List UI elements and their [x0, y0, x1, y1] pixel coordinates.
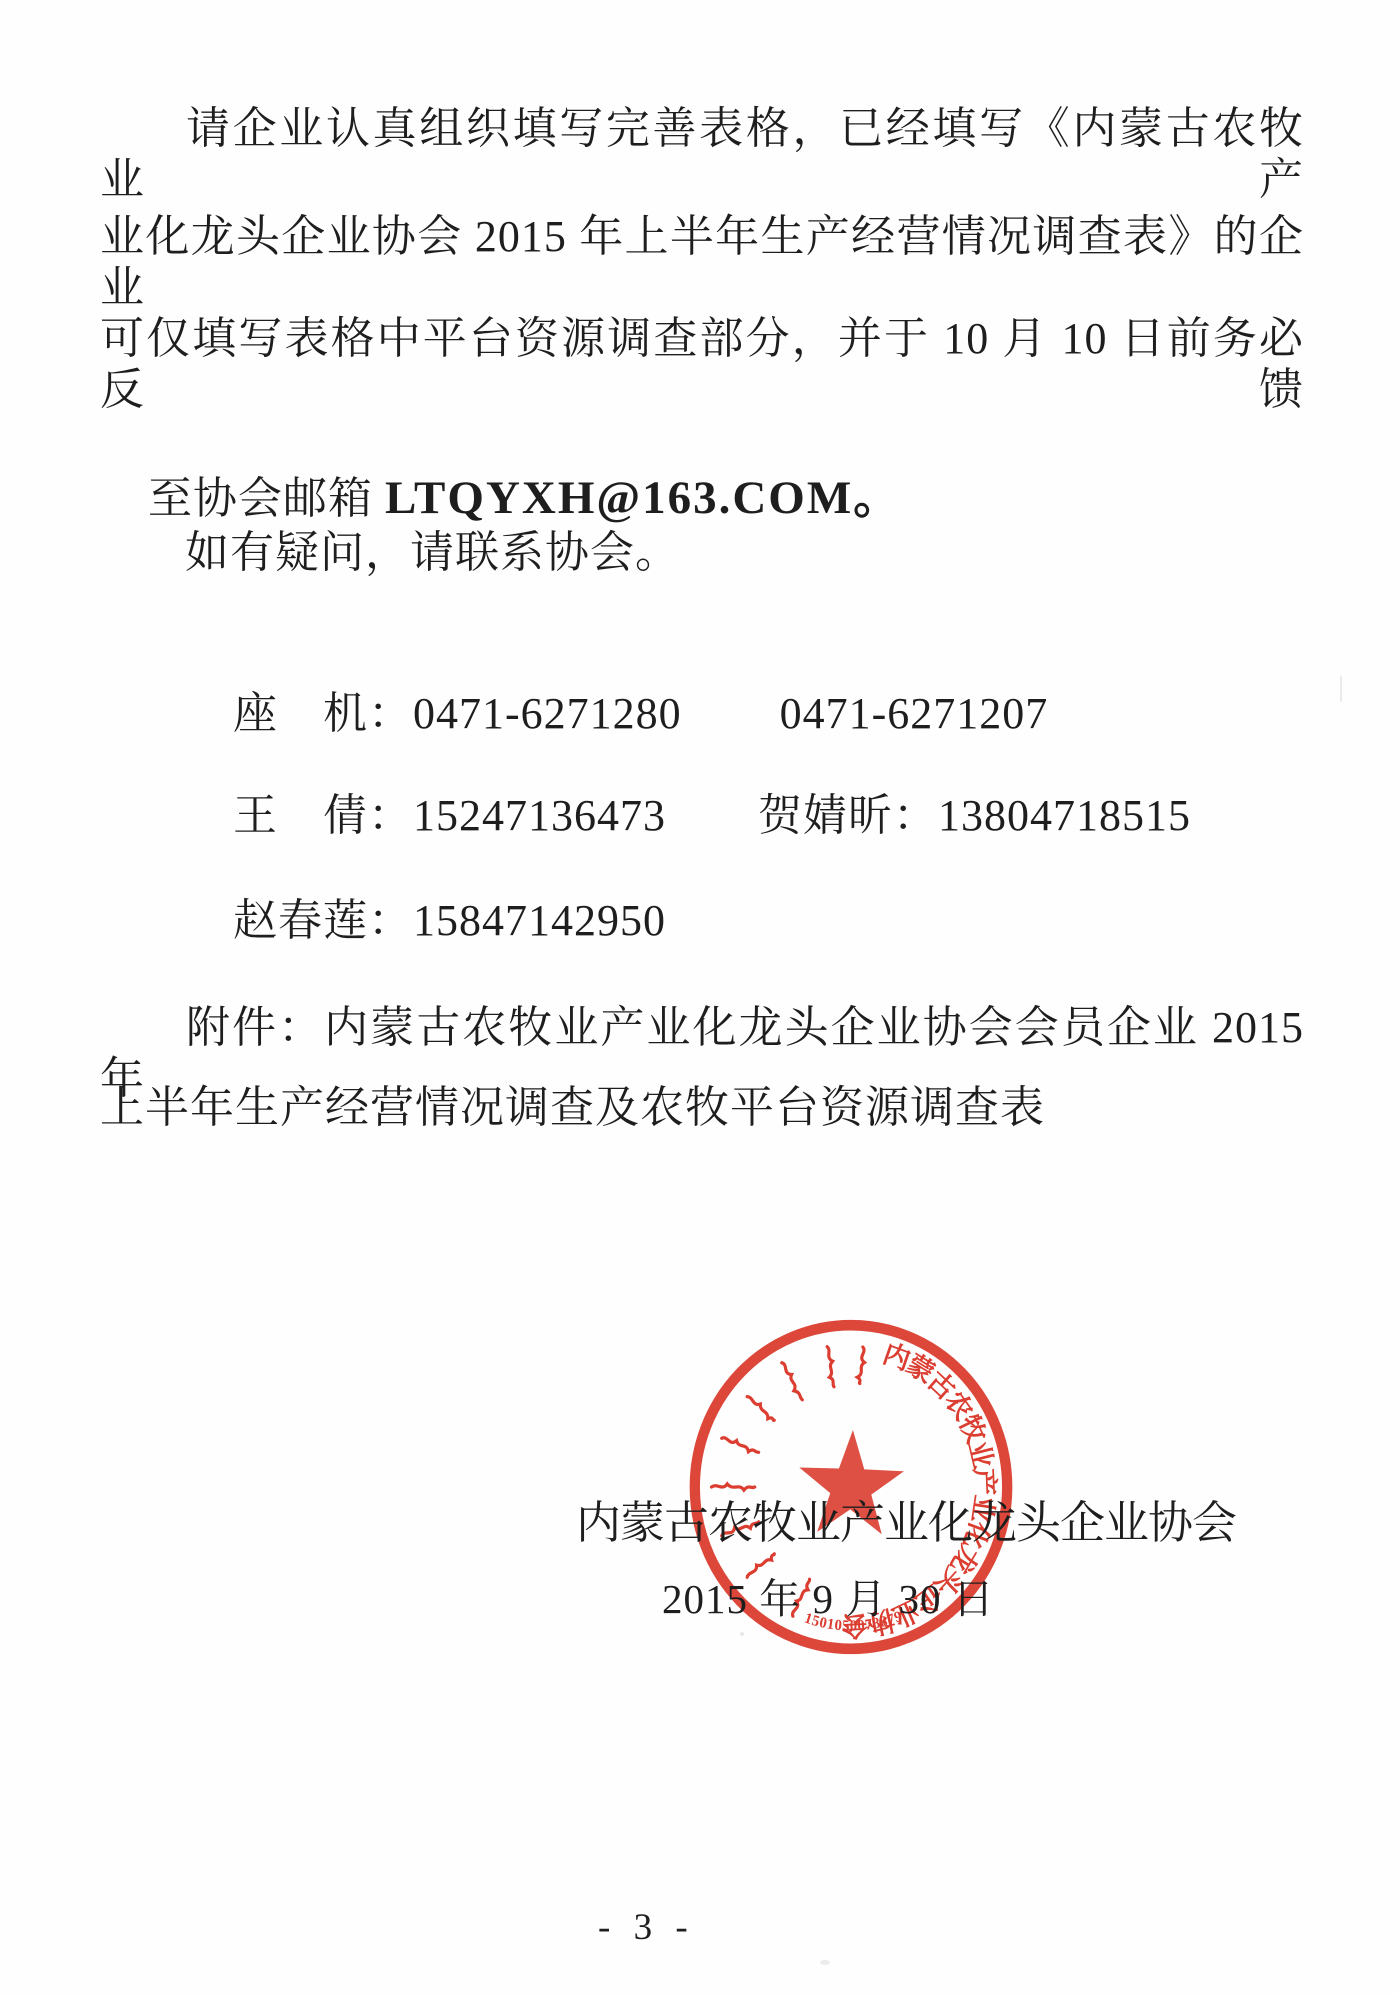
note-line: 如有疑问，请联系协会。: [185, 528, 680, 579]
contact-he-phone: 13804718515: [938, 791, 1191, 840]
contact-row-zhao: 赵春莲：15847142950: [185, 845, 666, 997]
mongolian-script-stroke: [824, 1346, 837, 1387]
email-address: LTQYXH@163.COM。: [385, 472, 902, 524]
contact-wang-label: 王 倩：: [233, 791, 413, 840]
scan-artifact: [1340, 676, 1342, 702]
intro-line-3: 可仅填写表格中平台资源调查部分，并于 10 月 10 日前务必反馈: [100, 314, 1304, 415]
scanned-document-page: 请企业认真组织填写完善表格，已经填写《内蒙古农牧业产 业化龙头企业协会 2015…: [0, 0, 1399, 1995]
attachment-line-2: 上半年生产经营情况调查及农牧平台资源调查表: [100, 1083, 1045, 1134]
mongolian-script-stroke: [779, 1361, 805, 1401]
signature-date: 2015 年 9 月 30 日: [662, 1566, 995, 1625]
page-number: - 3 -: [598, 1906, 695, 1949]
signature-organization: 内蒙古农牧业产业化龙头企业协会: [576, 1486, 1236, 1551]
scan-artifact: [740, 1632, 744, 1636]
landline-number-1: 0471-6271280: [413, 689, 682, 738]
mongolian-script-stroke: [745, 1394, 776, 1422]
scan-artifact: [820, 1960, 830, 1965]
mongolian-script-stroke: [721, 1435, 760, 1455]
contact-wang-phone: 15247136473: [413, 791, 666, 840]
intro-line-2: 业化龙头企业协会 2015 年上半年生产经营情况调查表》的企业: [100, 212, 1304, 313]
contact-zhao-phone: 15847142950: [413, 896, 666, 945]
contact-zhao-label: 赵春莲：: [233, 896, 413, 945]
email-prefix: 至协会邮箱: [148, 474, 385, 523]
contact-he-label: 贺婧昕：: [758, 791, 938, 842]
landline-label: 座 机：: [233, 689, 413, 738]
mongolian-script-stroke: [857, 1347, 866, 1384]
intro-line-1: 请企业认真组织填写完善表格，已经填写《内蒙古农牧业产: [100, 104, 1304, 205]
landline-number-2: 0471-6271207: [780, 689, 1049, 740]
